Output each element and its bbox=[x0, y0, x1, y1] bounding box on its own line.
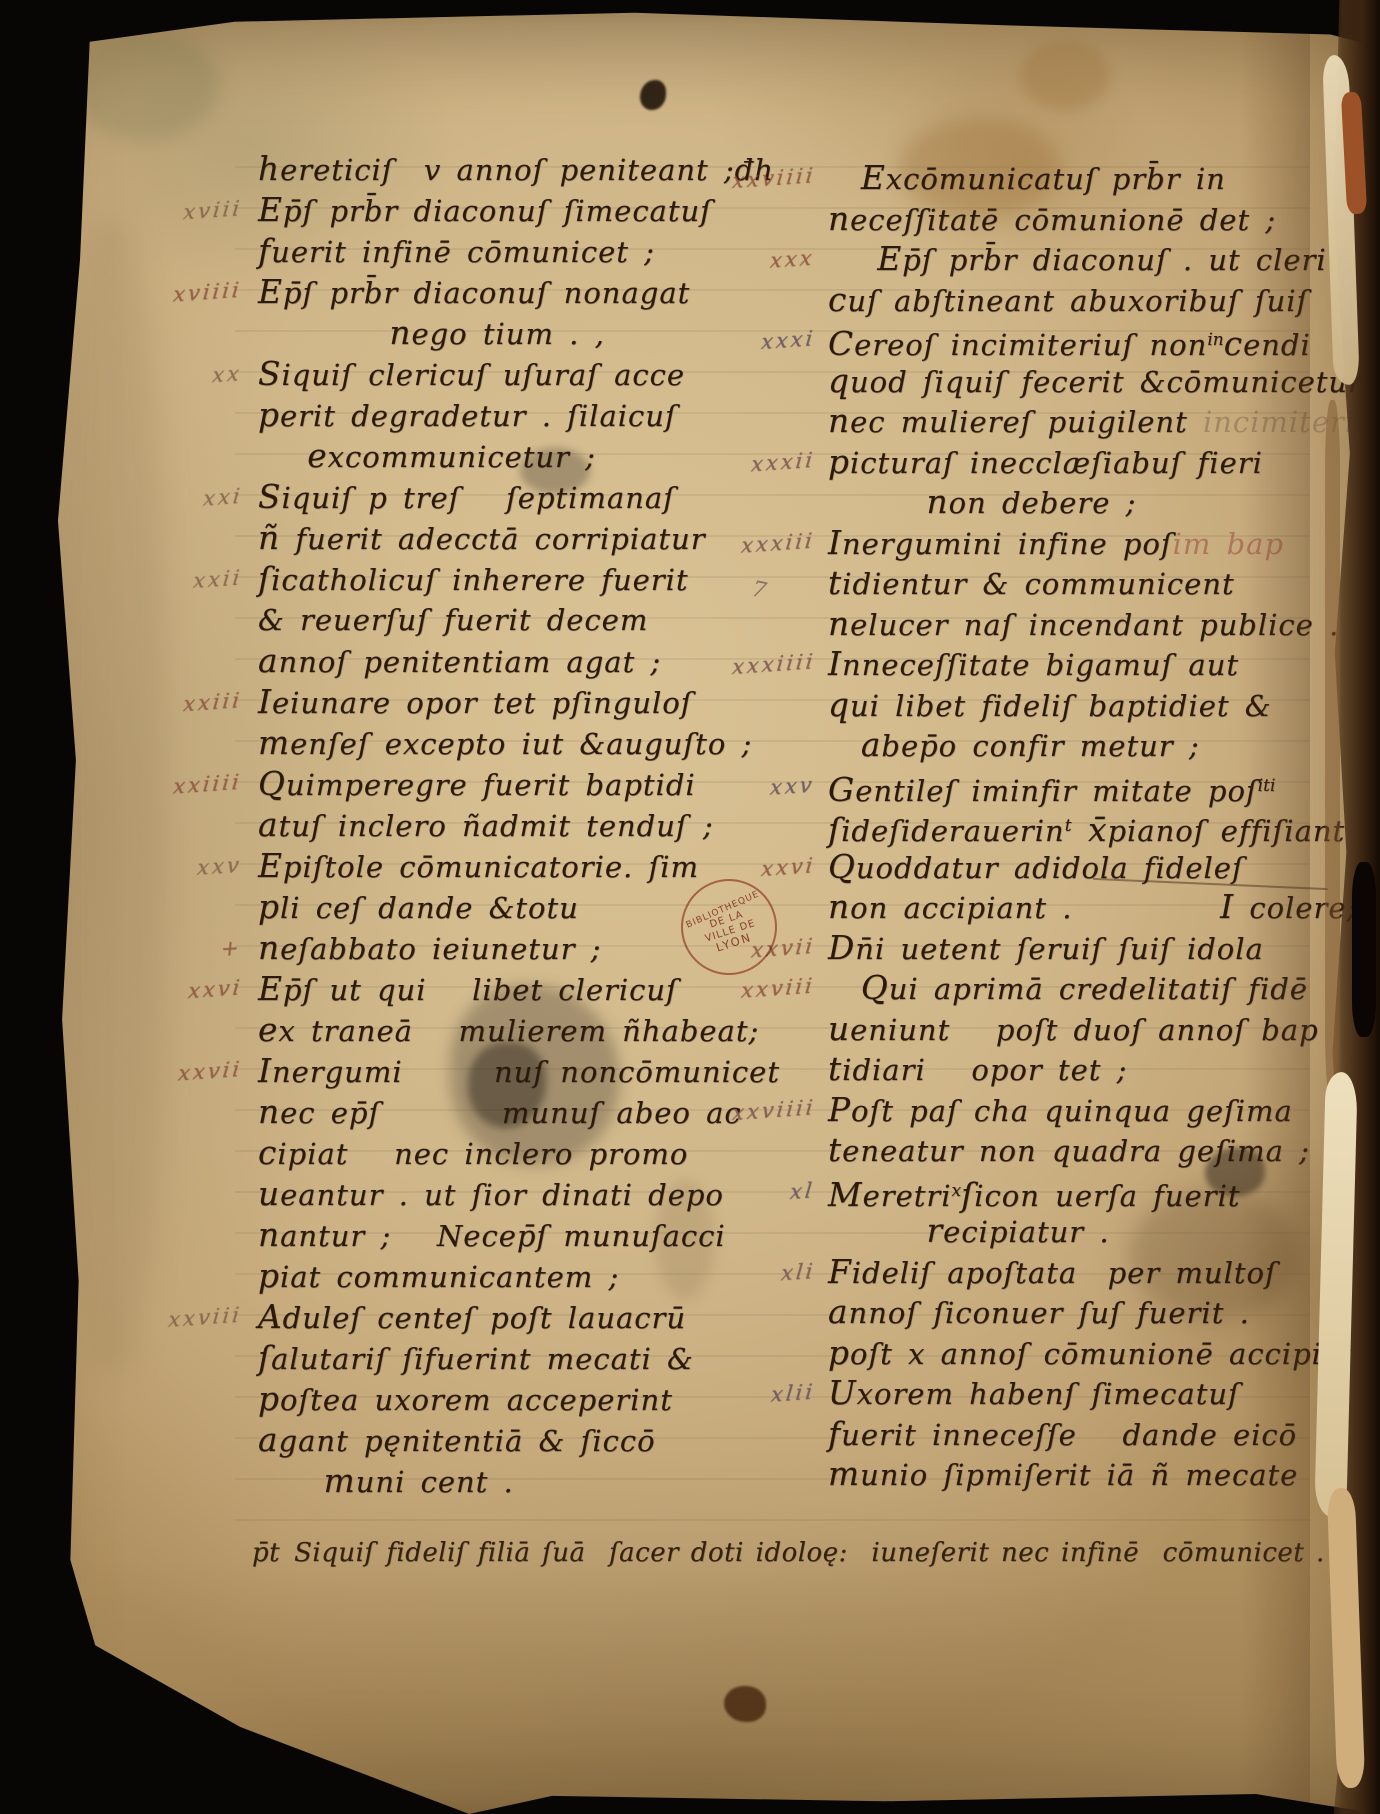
manuscript-line: xxiiiIeiunare opor tet pſinguloſ bbox=[258, 682, 728, 723]
manuscript-line: piat communicantem ; bbox=[258, 1256, 728, 1297]
manuscript-line: tidiari opor tet ; bbox=[828, 1049, 1333, 1090]
line-text: agant pęnitentiā & ſiccō bbox=[258, 1420, 656, 1462]
manuscript-line: xxxiiiiInneceſſitate bigamuſ aut bbox=[828, 644, 1333, 685]
line-text: qui libet fideliſ baptidiet & bbox=[828, 685, 1272, 727]
manuscript-line: nec muliereſ puigilent incimiteriuſ bbox=[828, 401, 1333, 442]
manuscript-line: xxviiii Excōmunicatuſ prb̄r in bbox=[828, 158, 1333, 199]
manuscript-line: xxviiInergumi nuſ noncōmunicet bbox=[258, 1051, 728, 1092]
margin-canon-number: xxvii bbox=[176, 1050, 244, 1093]
margin-canon-number: xx bbox=[210, 354, 244, 394]
manuscript-line: ſideſiderauerint x̄pianoſ effiſiant . bbox=[828, 806, 1333, 847]
line-text: Dn̄i uetent ſeruiſ ſuiſ idola bbox=[828, 928, 1264, 970]
line-text: neceſſitatē cōmunionē det ; bbox=[828, 199, 1276, 241]
manuscript-line: non debere ; bbox=[828, 482, 1333, 523]
margin-canon-number: xlii bbox=[769, 1372, 817, 1413]
line-text: Cereoſ incimiteriuſ non bbox=[828, 324, 1207, 366]
manuscript-line: muni cent . bbox=[258, 1461, 728, 1502]
stain bbox=[724, 1686, 766, 1722]
line-text: Quimperegre fuerit baptidi bbox=[258, 764, 696, 806]
manuscript-line: poſtea uxorem acceperint bbox=[258, 1379, 728, 1420]
line-text: atuſ inclero ñadmit tenduſ ; bbox=[258, 805, 714, 847]
manuscript-line: xxviiiiPoſt paſ cha quinqua geſima bbox=[828, 1090, 1333, 1131]
line-text: Ep̄ſ ut qui libet clericuſ bbox=[258, 969, 678, 1011]
line-text: ſicatholicuſ inherere fuerit bbox=[258, 559, 689, 601]
manuscript-line: cuſ abſtineant abuxoribuſ ſuiſ bbox=[828, 280, 1333, 321]
manuscript-line: neceſſitatē cōmunionē det ; bbox=[828, 199, 1333, 240]
stain bbox=[1020, 40, 1110, 110]
manuscript-line: agant pęnitentiā & ſiccō bbox=[258, 1420, 728, 1461]
manuscript-line: xxvGentileſ iminfir mitate poſiti bbox=[828, 766, 1333, 807]
manuscript-line: quod ſiquiſ fecerit &cōmunicetur bbox=[828, 361, 1333, 402]
footer-note: p̄tSiquiſ fideliſ filiā ſuā ſacer doti i… bbox=[252, 1538, 1362, 1568]
margin-canon-number: xxiiii bbox=[172, 762, 244, 805]
manuscript-line: nelucer naſ incendant publice . bbox=[828, 604, 1333, 645]
manuscript-line: xxiiiiQuimperegre fuerit baptidi bbox=[258, 764, 728, 805]
line-text: Inergumi nuſ noncōmunicet bbox=[258, 1051, 780, 1093]
line-text: Excōmunicatuſ prb̄r in bbox=[828, 158, 1226, 200]
line-text: & reuerſuſ fuerit decem bbox=[258, 600, 648, 641]
line-text: Ep̄ſ prb̄r diaconuſ ſimecatuſ bbox=[258, 190, 712, 232]
faded-text: incimiteriuſ bbox=[1203, 405, 1380, 439]
line-text: cendi bbox=[1224, 324, 1311, 366]
footer-abbreviation: p̄t bbox=[252, 1538, 280, 1568]
line-text: teneatur non quadra geſima ; bbox=[828, 1130, 1310, 1172]
manuscript-line: pli ceſ dande &totu bbox=[258, 887, 728, 928]
line-text: tidiari opor tet ; bbox=[828, 1049, 1127, 1091]
manuscript-line: xxviEp̄ſ ut qui libet clericuſ bbox=[258, 969, 728, 1010]
manuscript-line: xxvEpiſtole cōmunicatorie. ſim bbox=[258, 846, 728, 887]
line-text: fuerit inneceſſe dande eicō bbox=[828, 1414, 1297, 1456]
manuscript-line: xliFideliſ apoſtata per multoſ bbox=[828, 1252, 1333, 1293]
manuscript-line: nego tium . , bbox=[258, 313, 728, 354]
manuscript-line: xxiSiquiſ p treſ ſeptimanaſ bbox=[258, 477, 728, 518]
line-text: ex traneā mulierem ñhabeat; bbox=[258, 1010, 759, 1052]
line-text: poſt x annoſ cōmunionē accipiat bbox=[828, 1333, 1353, 1375]
manuscript-line: annoſ ſiconuer ſuſ fuerit . bbox=[828, 1292, 1333, 1333]
line-text: I colere; bbox=[1072, 887, 1357, 929]
ink-spot bbox=[640, 80, 666, 110]
line-text: ſalutariſ ſifuerint mecati & bbox=[258, 1338, 694, 1380]
margin-canon-number: xxviiii bbox=[730, 1087, 817, 1131]
line-text: fuerit infinē cōmunicet ; bbox=[258, 231, 655, 273]
manuscript-line: atuſ inclero ñadmit tenduſ ; bbox=[258, 805, 728, 846]
line-text: Gentileſ iminfir mitate poſ bbox=[828, 770, 1258, 812]
manuscript-line: xviiiEp̄ſ prb̄r diaconuſ ſimecatuſ bbox=[258, 190, 728, 231]
line-text: munio ſipmiſerit iā ñ mecate bbox=[828, 1454, 1298, 1496]
manuscript-line: xxxiiiInergumini infine poſim bap bbox=[828, 523, 1333, 564]
line-text: Siquiſ p treſ ſeptimanaſ bbox=[258, 477, 675, 519]
manuscript-line: nec ep̄ſ munuſ abeo ac bbox=[258, 1092, 728, 1133]
manuscript-line: xxSiquiſ clericuſ uſuraſ acce bbox=[258, 354, 728, 395]
line-text: annoſ penitentiam agat ; bbox=[258, 641, 661, 683]
line-text: Ieiunare opor tet pſinguloſ bbox=[258, 682, 693, 724]
manuscript-line: qui libet fideliſ baptidiet & bbox=[828, 685, 1333, 726]
margin-canon-number: xxviii bbox=[739, 966, 817, 1010]
margin-canon-number: xxiii bbox=[181, 681, 244, 723]
text-column-left: hereticiſ v annoſ peniteant ;đhxviiiEp̄ſ… bbox=[258, 149, 728, 1502]
line-text: cipiat nec inclero promo bbox=[258, 1133, 688, 1175]
manuscript-line: ñ fuerit adecctā corripiatur bbox=[258, 518, 728, 559]
line-text: ueantur . ut ſior dinati depo bbox=[258, 1174, 724, 1216]
line-text: pli ceſ dande &totu bbox=[258, 887, 579, 929]
line-text: Siquiſ clericuſ uſuraſ acce bbox=[258, 354, 685, 396]
manuscript-line: +neſabbato ieiunetur ; bbox=[258, 928, 728, 969]
line-text: nantur ; Necep̄ſ munuſacci bbox=[258, 1215, 726, 1257]
margin-canon-number: xxi bbox=[201, 476, 244, 517]
line-text: Ep̄ſ prb̄r diaconuſ . ut cleri bbox=[828, 239, 1327, 281]
manuscript-line: recipiatur . bbox=[828, 1211, 1333, 1252]
margin-canon-number: xviiii bbox=[171, 270, 243, 313]
line-text: picturaſ inecclæſiabuſ fieri bbox=[828, 442, 1263, 484]
margin-canon-number: xxviiii bbox=[730, 156, 817, 200]
manuscript-line: ueantur . ut ſior dinati depo bbox=[258, 1174, 728, 1215]
manuscript-line: xxxiipicturaſ inecclæſiabuſ fieri bbox=[828, 442, 1333, 483]
manuscript-line: fuerit infinē cōmunicet ; bbox=[258, 231, 728, 272]
line-text: non debere ; bbox=[828, 482, 1136, 524]
gutter-mark: 7 bbox=[750, 577, 769, 604]
line-text: Fideliſ apoſtata per multoſ bbox=[828, 1252, 1277, 1294]
footer-text: Siquiſ fideliſ filiā ſuā ſacer doti idol… bbox=[294, 1538, 1325, 1568]
superscript-text: t bbox=[1065, 816, 1072, 836]
margin-canon-number: xxxi bbox=[759, 319, 817, 361]
margin-canon-number: xxv bbox=[768, 765, 816, 806]
line-text: Ep̄ſ prb̄r diaconuſ nonagat bbox=[258, 272, 690, 314]
line-text: Epiſtole cōmunicatorie. ſim bbox=[258, 846, 699, 888]
superscript-text: x bbox=[952, 1181, 962, 1201]
manuscript-line: & reuerſuſ fuerit decem bbox=[258, 600, 728, 641]
line-text: abep̄o confir metur ; bbox=[828, 725, 1200, 767]
manuscript-line: munio ſipmiſerit iā ñ mecate bbox=[828, 1454, 1333, 1495]
margin-canon-number: xxxii bbox=[749, 440, 817, 483]
line-text: ñ fuerit adecctā corripiatur bbox=[258, 518, 706, 560]
line-text: ueniunt poſt duoſ annoſ bap bbox=[828, 1009, 1319, 1051]
manuscript-line: xxviiDn̄i uetent ſeruiſ ſuiſ idola bbox=[828, 928, 1333, 969]
line-text: piat communicantem ; bbox=[258, 1256, 619, 1298]
line-text: cuſ abſtineant abuxoribuſ ſuiſ bbox=[828, 280, 1308, 322]
line-text: non accipiant . bbox=[828, 887, 1072, 929]
line-text: Poſt paſ cha quinqua geſima bbox=[828, 1090, 1293, 1132]
stain bbox=[55, 220, 165, 1370]
margin-canon-number: xxxiiii bbox=[730, 642, 817, 686]
margin-canon-number: xl bbox=[788, 1170, 817, 1210]
manuscript-line: annoſ penitentiam agat ; bbox=[258, 641, 728, 682]
margin-canon-number: xli bbox=[779, 1251, 817, 1292]
manuscript-line: nantur ; Necep̄ſ munuſacci bbox=[258, 1215, 728, 1256]
manuscript-line: ueniunt poſt duoſ annoſ bap bbox=[828, 1009, 1333, 1050]
line-text: quod ſiquiſ fecerit &cōmunicetur bbox=[828, 361, 1363, 403]
line-text: x̄pianoſ effiſiant . bbox=[1072, 810, 1371, 852]
manuscript-line: non accipiant . I colere; bbox=[828, 887, 1333, 928]
manuscript-line: xxx Ep̄ſ prb̄r diaconuſ . ut cleri bbox=[828, 239, 1333, 280]
line-text: Meretri bbox=[828, 1175, 952, 1217]
manuscript-line: xxviiiAduleſ centeſ poſt lauacrū bbox=[258, 1297, 728, 1338]
manuscript-line: menſeſ excepto iut &auguſto ; bbox=[258, 723, 728, 764]
line-text: Aduleſ centeſ poſt lauacrū bbox=[258, 1297, 686, 1339]
manuscript-line: fuerit inneceſſe dande eicō bbox=[828, 1414, 1333, 1455]
margin-canon-number: xviii bbox=[181, 189, 244, 231]
manuscript-line: teneatur non quadra geſima ; bbox=[828, 1130, 1333, 1171]
manuscript-line: tidientur & communicent bbox=[828, 563, 1333, 604]
line-text: nec ep̄ſ munuſ abeo ac bbox=[258, 1092, 742, 1134]
line-text: poſtea uxorem acceperint bbox=[258, 1379, 673, 1421]
line-text: perit degradetur . ſilaicuſ bbox=[258, 395, 677, 437]
manuscript-line: xliiUxorem habenſ ſimecatuſ bbox=[828, 1373, 1333, 1414]
margin-canon-number: xxxiii bbox=[739, 521, 817, 565]
margin-canon-number: xxv bbox=[195, 845, 243, 886]
stain bbox=[70, 30, 220, 140]
margin-canon-number: xxii bbox=[191, 558, 244, 600]
manuscript-line: xxxiCereoſ incimiteriuſ nonincendi bbox=[828, 320, 1333, 361]
manuscript-line: xxviQuoddatur adidola fideleſ bbox=[828, 847, 1333, 888]
margin-canon-number: xxx bbox=[769, 238, 817, 279]
manuscript-line: xxiiſicatholicuſ inherere fuerit bbox=[258, 559, 728, 600]
manuscript-line: ſalutariſ ſifuerint mecati & bbox=[258, 1338, 728, 1379]
line-text: excommunicetur ; bbox=[258, 436, 596, 478]
line-text: Quoddatur adidola fideleſ bbox=[828, 847, 1244, 889]
line-text: muni cent . bbox=[258, 1461, 514, 1503]
manuscript-line: excommunicetur ; bbox=[258, 436, 728, 477]
manuscript-line: abep̄o confir metur ; bbox=[828, 725, 1333, 766]
manuscript-page: hereticiſ v annoſ peniteant ;đhxviiiEp̄ſ… bbox=[0, 0, 1380, 1814]
text-column-right: xxviiii Excōmunicatuſ prb̄r inneceſſitat… bbox=[828, 158, 1333, 1495]
margin-canon-number: xxvi bbox=[759, 845, 817, 887]
manuscript-line: ex traneā mulierem ñhabeat; bbox=[258, 1010, 728, 1051]
line-text: neſabbato ieiunetur ; bbox=[258, 928, 601, 970]
manuscript-line: poſt x annoſ cōmunionē accipiat bbox=[828, 1333, 1333, 1374]
manuscript-line: perit degradetur . ſilaicuſ bbox=[258, 395, 728, 436]
margin-canon-number: + bbox=[219, 928, 244, 968]
line-text: hereticiſ v annoſ peniteant ;đh bbox=[258, 149, 774, 191]
line-text: ſicon uerſa fuerit bbox=[961, 1175, 1240, 1217]
superscript-text: in bbox=[1207, 330, 1223, 350]
manuscript-line: xxviii Qui aprimā credelitatiſ fidē bbox=[828, 968, 1333, 1009]
margin-canon-number: xxvi bbox=[186, 968, 244, 1010]
margin-canon-number: xxviii bbox=[166, 1295, 244, 1339]
line-text: Qui aprimā credelitatiſ fidē bbox=[828, 968, 1308, 1010]
line-text: nego tium . , bbox=[258, 313, 605, 355]
line-text: menſeſ excepto iut &auguſto ; bbox=[258, 723, 752, 765]
line-text: annoſ ſiconuer ſuſ fuerit . bbox=[828, 1292, 1250, 1334]
line-text: Inergumini infine poſ bbox=[828, 523, 1173, 565]
line-text: nec muliereſ puigilent bbox=[828, 401, 1203, 443]
line-text: nelucer naſ incendant publice . bbox=[828, 604, 1339, 646]
manuscript-line: xlMeretrixſicon uerſa fuerit bbox=[828, 1171, 1333, 1212]
line-text: Uxorem habenſ ſimecatuſ bbox=[828, 1373, 1240, 1415]
line-text: recipiatur . bbox=[828, 1211, 1110, 1253]
line-text: Inneceſſitate bigamuſ aut bbox=[828, 644, 1239, 686]
manuscript-line: xviiiiEp̄ſ prb̄r diaconuſ nonagat bbox=[258, 272, 728, 313]
manuscript-photo: { "photo": { "background_color": "#07060… bbox=[0, 0, 1380, 1814]
faded-text: im bap bbox=[1173, 527, 1284, 561]
superscript-text: iti bbox=[1258, 776, 1276, 796]
line-text: tidientur & communicent bbox=[828, 563, 1235, 605]
manuscript-line: hereticiſ v annoſ peniteant ;đh bbox=[258, 149, 728, 190]
line-text: ſideſiderauerin bbox=[828, 810, 1065, 852]
manuscript-line: cipiat nec inclero promo bbox=[258, 1133, 728, 1174]
